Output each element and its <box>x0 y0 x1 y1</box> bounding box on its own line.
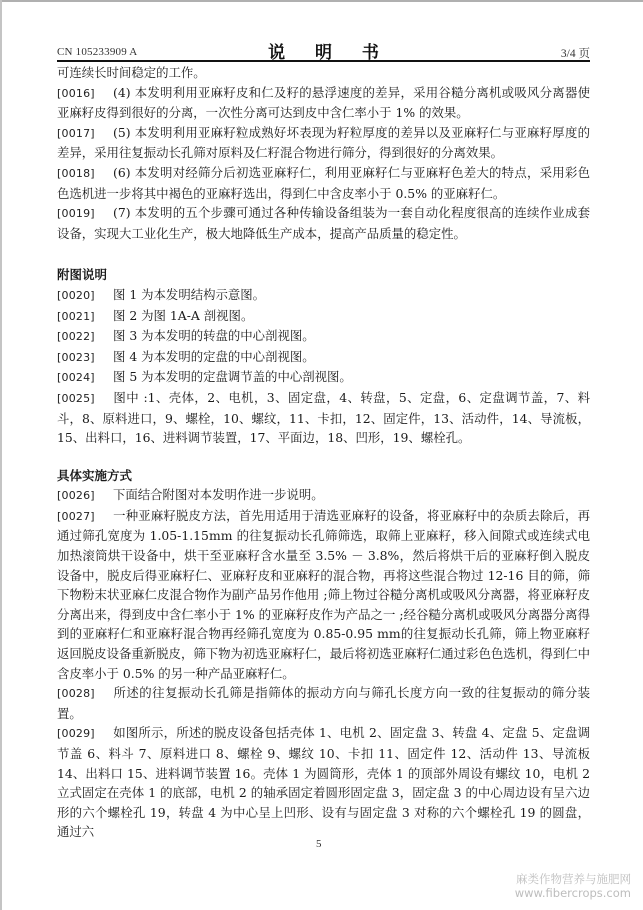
page-frame-top <box>0 0 643 2</box>
paragraph-0026: [0026]下面结合附图对本发明作进一步说明。 <box>57 485 590 506</box>
paragraph-text: (4) 本发明利用亚麻籽皮和仁及籽的悬浮速度的差异，采用谷糙分离机或吸风分离器使… <box>57 85 590 121</box>
page-frame-left <box>0 0 2 910</box>
paragraph-0025: [0025]图中 :1、壳体，2、电机，3、固定盘，4、转盘，5、定盘，6、定盘… <box>57 388 590 448</box>
paragraph-id: [0029] <box>57 724 113 744</box>
watermark: 麻类作物营养与施肥网 www.fibercrops.com <box>515 872 631 900</box>
paragraph-0017: [0017](5) 本发明利用亚麻籽粒成熟好坏表现为籽粒厚度的差异以及亚麻籽仁与… <box>57 123 590 163</box>
paragraph-0029: [0029]如图所示，所述的脱皮设备包括壳体 1、电机 2、固定盘 3、转盘 4… <box>57 723 590 842</box>
paragraph-0016: [0016](4) 本发明利用亚麻籽皮和仁及籽的悬浮速度的差异，采用谷糙分离机或… <box>57 83 590 123</box>
paragraph-0024: [0024]图 5 为本发明的定盘调节盖的中心剖视图。 <box>57 367 590 388</box>
paragraph-0028: [0028]所述的往复振动长孔筛是指筛体的振动方向与筛孔长度方向一致的往复振动的… <box>57 683 590 723</box>
paragraph-id: [0018] <box>57 164 113 184</box>
page-number: 5 <box>316 838 322 850</box>
paragraph-text: 图中 :1、壳体，2、电机，3、固定盘，4、转盘，5、定盘，6、定盘调节盖，7、… <box>57 390 590 445</box>
page-indicator: 3/4 页 <box>561 45 590 61</box>
paragraph-id: [0025] <box>57 389 113 409</box>
paragraph-text: 图 3 为本发明的转盘的中心剖视图。 <box>113 328 315 343</box>
paragraph-id: [0028] <box>57 684 113 704</box>
paragraph-id: [0023] <box>57 348 113 368</box>
section-spacer <box>57 243 590 265</box>
paragraph-id: [0017] <box>57 124 113 144</box>
paragraph-0023: [0023]图 4 为本发明的定盘的中心剖视图。 <box>57 347 590 368</box>
page-header: CN 105233909 A 说 明 书 3/4 页 <box>57 38 590 60</box>
paragraph-text: 图 5 为本发明的定盘调节盖的中心剖视图。 <box>113 369 352 384</box>
continuation-text: 可连续长时间稳定的工作。 <box>57 63 590 83</box>
paragraph-text: 所述的往复振动长孔筛是指筛体的振动方向与筛孔长度方向一致的往复振动的筛分装置。 <box>57 685 590 721</box>
section-title-embodiment: 具体实施方式 <box>57 466 590 486</box>
section-title-figures: 附图说明 <box>57 265 590 285</box>
paragraph-0019: [0019](7) 本发明的五个步骤可通过各种传输设备组装为一套自动化程度很高的… <box>57 203 590 243</box>
paragraph-id: [0019] <box>57 204 113 224</box>
document-body: 可连续长时间稳定的工作。 [0016](4) 本发明利用亚麻籽皮和仁及籽的悬浮速… <box>57 63 590 842</box>
paragraph-id: [0021] <box>57 307 113 327</box>
watermark-url: www.fibercrops.com <box>515 886 631 900</box>
paragraph-text: 下面结合附图对本发明作进一步说明。 <box>113 487 324 502</box>
paragraph-0020: [0020]图 1 为本发明结构示意图。 <box>57 285 590 306</box>
paragraph-text: 图 4 为本发明的定盘的中心剖视图。 <box>113 349 315 364</box>
paragraph-text: 图 1 为本发明结构示意图。 <box>113 287 265 302</box>
paragraph-id: [0022] <box>57 327 113 347</box>
watermark-site-name: 麻类作物营养与施肥网 <box>515 872 631 886</box>
paragraph-0018: [0018](6) 本发明对经筛分后初选亚麻籽仁，利用亚麻籽仁与亚麻籽色差大的特… <box>57 163 590 203</box>
paragraph-text: 图 2 为图 1A-A 剖视图。 <box>113 308 253 323</box>
paragraph-text: (6) 本发明对经筛分后初选亚麻籽仁，利用亚麻籽仁与亚麻籽色差大的特点，采用彩色… <box>57 165 590 201</box>
paragraph-text: (5) 本发明利用亚麻籽粒成熟好坏表现为籽粒厚度的差异以及亚麻籽仁与亚麻籽厚度的… <box>57 125 590 161</box>
paragraph-text: 一种亚麻籽脱皮方法，首先用适用于清选亚麻籽的设备，将亚麻籽中的杂质去除后，再通过… <box>57 508 590 681</box>
paragraph-0021: [0021]图 2 为图 1A-A 剖视图。 <box>57 306 590 327</box>
paragraph-0027: [0027]一种亚麻籽脱皮方法，首先用适用于清选亚麻籽的设备，将亚麻籽中的杂质去… <box>57 506 590 683</box>
paragraph-id: [0027] <box>57 507 113 527</box>
paragraph-text: (7) 本发明的五个步骤可通过各种传输设备组装为一套自动化程度很高的连续作业成套… <box>57 205 590 241</box>
paragraph-id: [0024] <box>57 368 113 388</box>
paragraph-id: [0020] <box>57 286 113 306</box>
paragraph-text: 如图所示，所述的脱皮设备包括壳体 1、电机 2、固定盘 3、转盘 4、定盘 5、… <box>57 725 590 839</box>
paragraph-0022: [0022]图 3 为本发明的转盘的中心剖视图。 <box>57 326 590 347</box>
section-spacer <box>57 448 590 466</box>
paragraph-id: [0026] <box>57 486 113 506</box>
header-divider <box>57 60 590 62</box>
paragraph-id: [0016] <box>57 84 113 104</box>
